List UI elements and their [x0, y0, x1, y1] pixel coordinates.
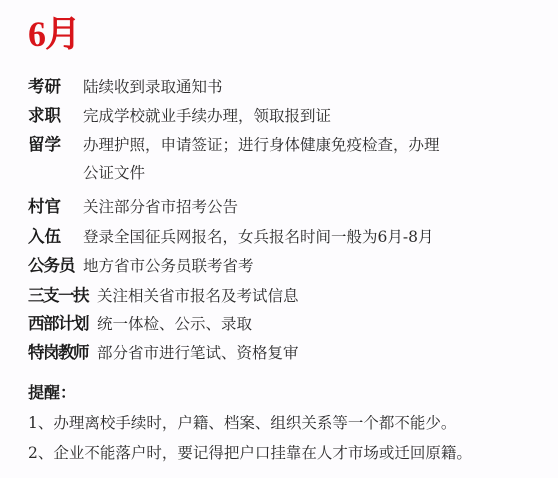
item-value: 关注部分省市招考公告 [83, 196, 238, 218]
month-title: 6月 [28, 10, 80, 58]
item-label: 特岗教师 [28, 342, 97, 364]
item-row-cunguan: 村官关注部分省市招考公告 [28, 196, 238, 218]
item-row-liuxue: 留学办理护照，申请签证；进行身体健康免疫检查，办理 [28, 134, 440, 156]
item-value: 登录全国征兵网报名，女兵报名时间一般为6月-8月 [83, 226, 433, 248]
item-label: 考研 [28, 76, 83, 98]
item-value: 部分省市进行笔试、资格复审 [97, 342, 299, 364]
item-label: 公务员 [28, 255, 83, 277]
item-row-xibujihua: 西部计划统一体检、公示、录取 [28, 313, 252, 335]
item-value: 办理护照，申请签证；进行身体健康免疫检查，办理 [83, 134, 440, 156]
item-value: 完成学校就业手续办理，领取报到证 [83, 105, 331, 127]
item-row-qiuzhi: 求职完成学校就业手续办理，领取报到证 [28, 105, 331, 127]
item-label: 村官 [28, 196, 83, 218]
item-row-ruwu: 入伍登录全国征兵网报名，女兵报名时间一般为6月-8月 [28, 226, 433, 248]
item-label: 入伍 [28, 226, 83, 248]
item-value: 统一体检、公示、录取 [97, 313, 252, 335]
item-row-sanzhiyifu: 三支一扶关注相关省市报名及考试信息 [28, 285, 299, 307]
reminders-title: 提醒： [28, 382, 76, 404]
item-label: 求职 [28, 105, 83, 127]
item-value: 陆续收到录取通知书 [83, 76, 223, 98]
item-label: 三支一扶 [28, 285, 97, 307]
item-value-continuation: 公证文件 [83, 162, 145, 184]
item-value: 地方省市公务员联考省考 [83, 255, 254, 277]
item-label: 西部计划 [28, 313, 97, 335]
reminder-item: 1、办理离校手续时，户籍、档案、组织关系等一个都不能少。 [28, 412, 456, 434]
item-value: 关注相关省市报名及考试信息 [97, 285, 299, 307]
item-row-tegangjiaoshi: 特岗教师部分省市进行笔试、资格复审 [28, 342, 299, 364]
reminder-item: 2、企业不能落户时，要记得把户口挂靠在人才市场或迁回原籍。 [28, 442, 472, 464]
item-row-gongwuyuan: 公务员地方省市公务员联考省考 [28, 255, 254, 277]
item-label: 留学 [28, 134, 83, 156]
item-row-kaoyan: 考研陆续收到录取通知书 [28, 76, 223, 98]
